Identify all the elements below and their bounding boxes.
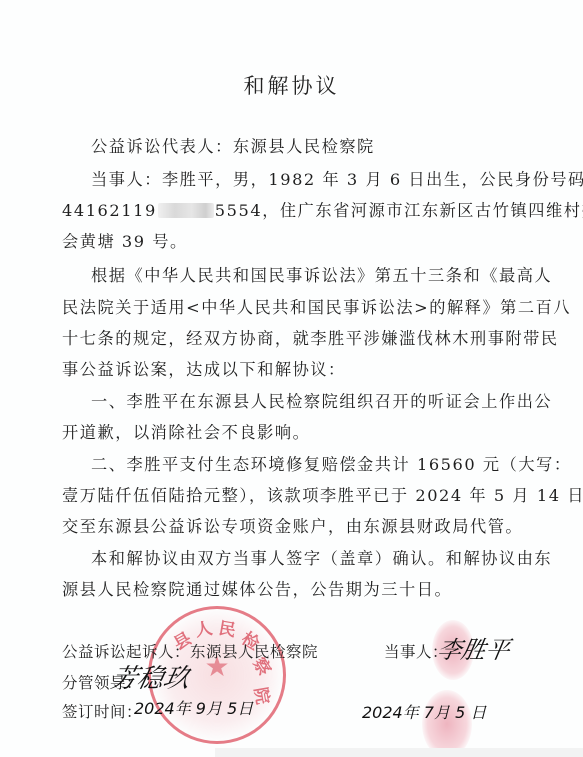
representative-line: 公益诉讼代表人：东源县人民检察院 [91,133,375,157]
party-signature: 李胜平 [435,630,513,665]
party-line-1: 当事人：李胜平，男，1982 年 3 月 6 日出生，公民身份号码 [91,166,583,190]
redacted-id-block [158,203,214,218]
scan-edge [215,748,583,757]
prosecutor-date: 2024年 9月 5日 [134,696,253,719]
basis-line-1: 根据《中华人民共和国民事诉讼法》第五十三条和《最高人 [91,262,552,286]
agreement-page: 和解协议 公益诉讼代表人：东源县人民检察院 当事人：李胜平，男，1982 年 3… [0,0,583,757]
seal-char: 民 [217,614,238,642]
seal-char: 院 [250,685,278,706]
party-id-suffix-and-address: 5554，住广东省河源市江东新区古竹镇四维村委 [215,201,583,220]
item-1-line-1: 一、李胜平在东源县人民检察院组织召开的听证会上作出公 [91,388,552,412]
basis-line-3: 十七条的规定，经双方协商，就李胜平涉嫌滥伐林木刑事附带民 [62,325,559,349]
item-2-line-3: 交至东源县公益诉讼专项资金账户，由东源县财政局代管。 [62,513,523,537]
party-id-prefix: 44162119 [62,201,157,220]
basis-line-2: 民法院关于适用<中华人民共和国民事诉讼法>的解释》第二百八 [62,294,571,318]
seal-char: 人 [193,614,214,642]
party-line-3: 会黄塘 39 号。 [62,228,188,252]
confirm-line-1: 本和解协议由双方当事人签字（盖章）确认。和解协议由东 [91,545,552,569]
confirm-line-2: 源县人民检察院通过媒体公告，公告期为三十日。 [62,576,452,600]
party-date: 2024年 7月 5 日 [362,700,486,723]
party-line-2: 441621195554，住广东省河源市江东新区古竹镇四维村委 [62,197,583,221]
item-2-line-2: 壹万陆仟伍佰陆拾元整），该款项李胜平已于 2024 年 5 月 14 日缴 [62,482,583,506]
document-title: 和解协议 [0,70,583,100]
leader-signature: 芳稳玖 [108,658,194,695]
date-label: 签订时间： [62,700,142,722]
basis-line-4: 事公益诉讼案，达成以下和解协议： [62,356,346,380]
item-2-line-1: 二、李胜平支付生态环境修复赔偿金共计 16560 元（大写： [91,451,572,475]
item-1-line-2: 开道歉，以消除社会不良影响。 [62,419,310,443]
